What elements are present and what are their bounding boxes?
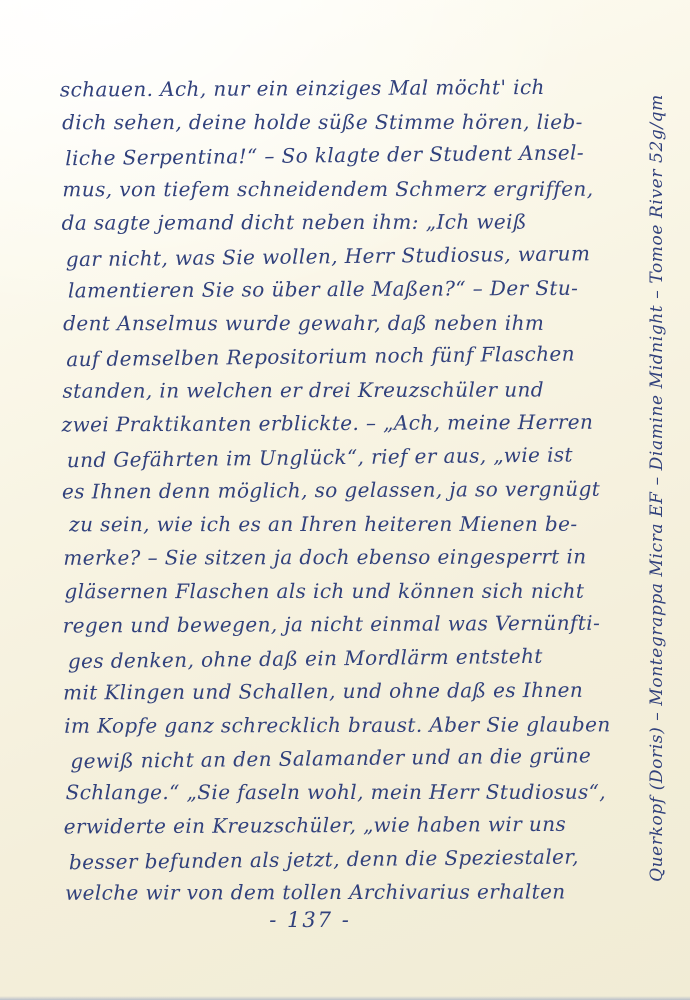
handwritten-line: lamentieren Sie so über alle Maßen?“ – D… bbox=[68, 272, 633, 308]
handwritten-line: gewiß nicht an den Salamander und an die… bbox=[70, 739, 635, 779]
handwritten-line: mit Klingen und Schallen, und ohne daß e… bbox=[63, 674, 635, 710]
handwritten-line: gar nicht, was Sie wollen, Herr Studiosu… bbox=[66, 236, 633, 276]
handwritten-line: welche wir von dem tollen Archivarius er… bbox=[65, 875, 636, 910]
page-number: - 137 - bbox=[240, 908, 380, 932]
handwritten-line: merke? – Sie sitzen ja doch ebenso einge… bbox=[63, 540, 634, 575]
handwritten-line: schauen. Ach, nur ein einziges Mal möcht… bbox=[60, 71, 632, 107]
handwritten-line: standen, in welchen er drei Kreuzschüler… bbox=[62, 373, 633, 408]
handwritten-line: mus, von tiefem schneidendem Schmerz erg… bbox=[62, 172, 632, 206]
paper-bottom-edge bbox=[0, 996, 690, 1000]
handwritten-line: besser befunden als jetzt, denn die Spez… bbox=[69, 839, 636, 879]
manuscript-page: schauen. Ach, nur ein einziges Mal möcht… bbox=[0, 0, 690, 1000]
handwritten-line: es Ihnen denn möglich, so gelassen, ja s… bbox=[62, 473, 634, 509]
handwritten-line: regen und bewegen, ja nicht einmal was V… bbox=[63, 607, 635, 643]
handwritten-line: da sagte jemand dicht neben ihm: „Ich we… bbox=[62, 205, 633, 240]
handwritten-line: dent Anselmus wurde gewahr, daß neben ih… bbox=[63, 306, 633, 340]
handwritten-line: Schlange.“ „Sie faseln wohl, mein Herr S… bbox=[66, 775, 636, 809]
handwritten-line: erwiderte ein Kreuzschüler, „wie haben w… bbox=[64, 807, 636, 843]
handwritten-line: zu sein, wie ich es an Ihren heiteren Mi… bbox=[69, 507, 634, 541]
handwritten-line: gläsernen Flaschen als ich und können si… bbox=[65, 574, 635, 608]
handwritten-line: im Kopfe ganz schrecklich braust. Aber S… bbox=[64, 708, 635, 743]
handwritten-line: auf demselben Repositorium noch fünf Fla… bbox=[66, 337, 633, 377]
handwritten-line: ges denken, ohne daß ein Mordlärm entste… bbox=[68, 638, 635, 678]
handwritten-text-block: schauen. Ach, nur ein einziges Mal möcht… bbox=[60, 71, 636, 911]
pen-ink-paper-note-text: Querkopf (Doris) – Montegrappa Micra EF … bbox=[647, 94, 667, 882]
handwritten-line: liche Serpentina!“ – So klagte der Stude… bbox=[65, 136, 632, 176]
handwritten-line: und Gefährten im Unglück“, rief er aus, … bbox=[67, 437, 634, 477]
handwritten-line: dich sehen, deine holde süße Stimme höre… bbox=[62, 105, 632, 139]
handwritten-line: zwei Praktikanten erblickte. – „Ach, mei… bbox=[62, 406, 634, 442]
